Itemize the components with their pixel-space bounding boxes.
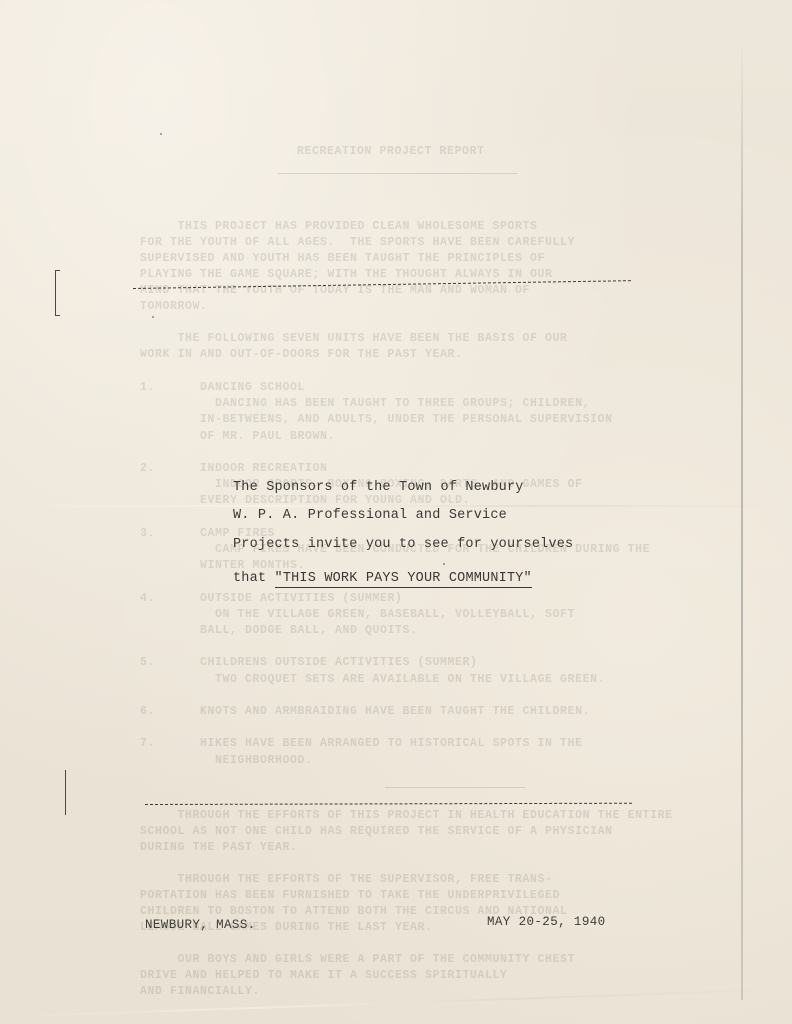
invitation-line-2: W. P. A. Professional and Service — [233, 508, 507, 523]
bleed-through-title: RECREATION PROJECT REPORT — [297, 144, 485, 160]
margin-bracket — [55, 270, 60, 316]
bleed-through-followup: THE FOLLOWING SEVEN UNITS HAVE BEEN THE … — [140, 331, 568, 363]
invitation-line-3: Projects invite you to see for yourselve… — [233, 537, 573, 552]
bleed-through-section-rule — [385, 787, 525, 788]
bleed-through-title-rule — [277, 173, 517, 174]
footer-dates: MAY 20-25, 1940 — [487, 915, 606, 929]
ink-speck — [152, 316, 154, 318]
slogan-prefix: that — [233, 571, 275, 586]
bleed-through-intro: THIS PROJECT HAS PROVIDED CLEAN WHOLESOM… — [140, 219, 575, 315]
margin-bracket — [65, 770, 70, 815]
page-edge-shadow — [741, 40, 743, 1000]
invitation-line-1: The Sponsors of the Town of Newbury — [233, 480, 524, 495]
slogan: "THIS WORK PAYS YOUR COMMUNITY" — [275, 571, 532, 588]
footer-place: NEWBURY, MASS. — [145, 918, 256, 932]
bleed-through-closing: THROUGH THE EFFORTS OF THIS PROJECT IN H… — [140, 808, 673, 1000]
ink-speck — [443, 563, 445, 565]
ink-speck — [160, 133, 162, 135]
slogan-line: that "THIS WORK PAYS YOUR COMMUNITY" — [233, 571, 532, 586]
